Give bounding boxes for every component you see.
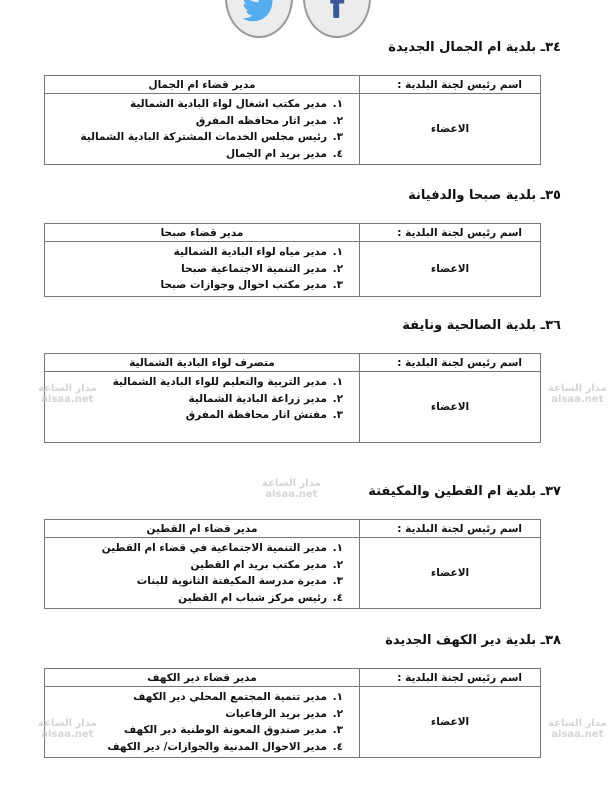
members-cell: ١.مدير التنمية الاجتماعية في قضاء ام الق…	[45, 538, 360, 609]
list-item: ١.مدير التربية والتعليم للواء البادية ال…	[45, 374, 343, 391]
list-item: ٢.مدير مكتب بريد ام القطين	[45, 557, 343, 574]
committee-table: اسم رئيس لجنة البلدية : متصرف لواء الباد…	[44, 353, 541, 443]
twitter-bird-icon	[242, 0, 276, 22]
chairman-label: اسم رئيس لجنة البلدية :	[360, 669, 541, 687]
facebook-f-glyph: f	[330, 0, 345, 22]
section-title: ٣٤ـ بلدية ام الجمال الجديدة	[64, 40, 561, 55]
watermark: مدار الساعةalsaa.net	[548, 718, 607, 740]
list-item: ٢.مدير التنمية الاجتماعية صبحا	[45, 261, 343, 278]
members-cell: ١.مدير التربية والتعليم للواء البادية ال…	[45, 372, 360, 443]
section-35: ٣٥ـ بلدية صبحا والدفيانة اسم رئيس لجنة ا…	[44, 188, 541, 297]
list-item: ١.مدير التنمية الاجتماعية في قضاء ام الق…	[45, 540, 343, 557]
members-label: الاعضاء	[360, 538, 541, 609]
chairman-row: اسم رئيس لجنة البلدية : مدير قضاء ام الج…	[45, 76, 541, 94]
list-item: ١.مدير تنمية المجتمع المحلي دير الكهف	[45, 689, 343, 706]
list-item: ٤.مدير الاحوال المدنية والجوازات/ دير ال…	[45, 739, 343, 756]
chairman-value: مدير قضاء دير الكهف	[45, 669, 360, 687]
chairman-row: اسم رئيس لجنة البلدية : متصرف لواء الباد…	[45, 354, 541, 372]
members-row: الاعضاء ١.مدير التنمية الاجتماعية في قضا…	[45, 538, 541, 609]
members-row: الاعضاء ١.مدير مياه لواء البادية الشمالي…	[45, 242, 541, 297]
list-item: ١.مدير مياه لواء البادية الشمالية	[45, 244, 343, 261]
members-list: ١.مدير التربية والتعليم للواء البادية ال…	[45, 372, 359, 426]
committee-table: اسم رئيس لجنة البلدية : مدير قضاء دير ال…	[44, 668, 541, 758]
section-title: ٣٥ـ بلدية صبحا والدفيانة	[64, 188, 561, 203]
facebook-icon[interactable]: f	[303, 0, 371, 38]
section-title: ٣٧ـ بلدية ام القطين والمكيفتة	[64, 484, 561, 499]
members-label: الاعضاء	[360, 372, 541, 443]
chairman-value: مدير قضاء ام الجمال	[45, 76, 360, 94]
list-item: ٣.مدير مكتب احوال وجوازات صبحا	[45, 277, 343, 294]
list-item: ٤.مدير بريد ام الجمال	[45, 146, 343, 163]
chairman-label: اسم رئيس لجنة البلدية :	[360, 520, 541, 538]
members-cell: ١.مدير تنمية المجتمع المحلي دير الكهف ٢.…	[45, 687, 360, 758]
section-34: ٣٤ـ بلدية ام الجمال الجديدة اسم رئيس لجن…	[44, 40, 541, 165]
list-item: ٤.رئيس مركز شباب ام القطين	[45, 590, 343, 607]
chairman-row: اسم رئيس لجنة البلدية : مدير قضاء ام الق…	[45, 520, 541, 538]
members-cell: ١.مدير مياه لواء البادية الشمالية ٢.مدير…	[45, 242, 360, 297]
members-label: الاعضاء	[360, 94, 541, 165]
members-row: الاعضاء ١.مدير مكتب اشغال لواء البادية ا…	[45, 94, 541, 165]
chairman-label: اسم رئيس لجنة البلدية :	[360, 224, 541, 242]
list-item: ١.مدير مكتب اشغال لواء البادية الشمالية	[45, 96, 343, 113]
list-item: ٣.مدير صندوق المعونة الوطنية دير الكهف	[45, 722, 343, 739]
committee-table: اسم رئيس لجنة البلدية : مدير قضاء ام الق…	[44, 519, 541, 609]
section-title: ٣٨ـ بلدية دير الكهف الجديدة	[64, 633, 561, 648]
watermark: مدار الساعةalsaa.net	[548, 383, 607, 405]
members-list: ١.مدير مياه لواء البادية الشمالية ٢.مدير…	[45, 242, 359, 296]
chairman-label: اسم رئيس لجنة البلدية :	[360, 354, 541, 372]
members-label: الاعضاء	[360, 687, 541, 758]
section-title: ٣٦ـ بلدية الصالحية ونايفة	[64, 318, 561, 333]
list-item: ٢.مدير بريد الرفاعيات	[45, 706, 343, 723]
members-row: الاعضاء ١.مدير تنمية المجتمع المحلي دير …	[45, 687, 541, 758]
members-list: ١.مدير تنمية المجتمع المحلي دير الكهف ٢.…	[45, 687, 359, 757]
list-item: ٣.رئيس مجلس الخدمات المشتركة البادية الش…	[45, 129, 343, 146]
list-item: ٣.مديرة مدرسة المكيفتة الثانوية للبنات	[45, 573, 343, 590]
chairman-value: مدير قضاء صبحا	[45, 224, 360, 242]
twitter-icon[interactable]	[225, 0, 293, 38]
members-label: الاعضاء	[360, 242, 541, 297]
members-cell: ١.مدير مكتب اشغال لواء البادية الشمالية …	[45, 94, 360, 165]
section-36: ٣٦ـ بلدية الصالحية ونايفة اسم رئيس لجنة …	[44, 318, 541, 443]
committee-table: اسم رئيس لجنة البلدية : مدير قضاء صبحا ا…	[44, 223, 541, 297]
members-row: الاعضاء ١.مدير التربية والتعليم للواء ال…	[45, 372, 541, 443]
social-share-icons: f	[225, 0, 375, 44]
members-list: ١.مدير التنمية الاجتماعية في قضاء ام الق…	[45, 538, 359, 608]
section-38: ٣٨ـ بلدية دير الكهف الجديدة اسم رئيس لجن…	[44, 633, 541, 758]
members-list: ١.مدير مكتب اشغال لواء البادية الشمالية …	[45, 94, 359, 164]
chairman-label: اسم رئيس لجنة البلدية :	[360, 76, 541, 94]
chairman-value: متصرف لواء البادية الشمالية	[45, 354, 360, 372]
list-item: ٣.مفتش اثار محافظة المفرق	[45, 407, 343, 424]
section-37: ٣٧ـ بلدية ام القطين والمكيفتة اسم رئيس ل…	[44, 484, 541, 609]
list-item: ٢.مدير زراعة البادية الشمالية	[45, 391, 343, 408]
chairman-value: مدير قضاء ام القطين	[45, 520, 360, 538]
chairman-row: اسم رئيس لجنة البلدية : مدير قضاء صبحا	[45, 224, 541, 242]
committee-table: اسم رئيس لجنة البلدية : مدير قضاء ام الج…	[44, 75, 541, 165]
list-item: ٢.مدير اثار محافظه المفرق	[45, 113, 343, 130]
chairman-row: اسم رئيس لجنة البلدية : مدير قضاء دير ال…	[45, 669, 541, 687]
